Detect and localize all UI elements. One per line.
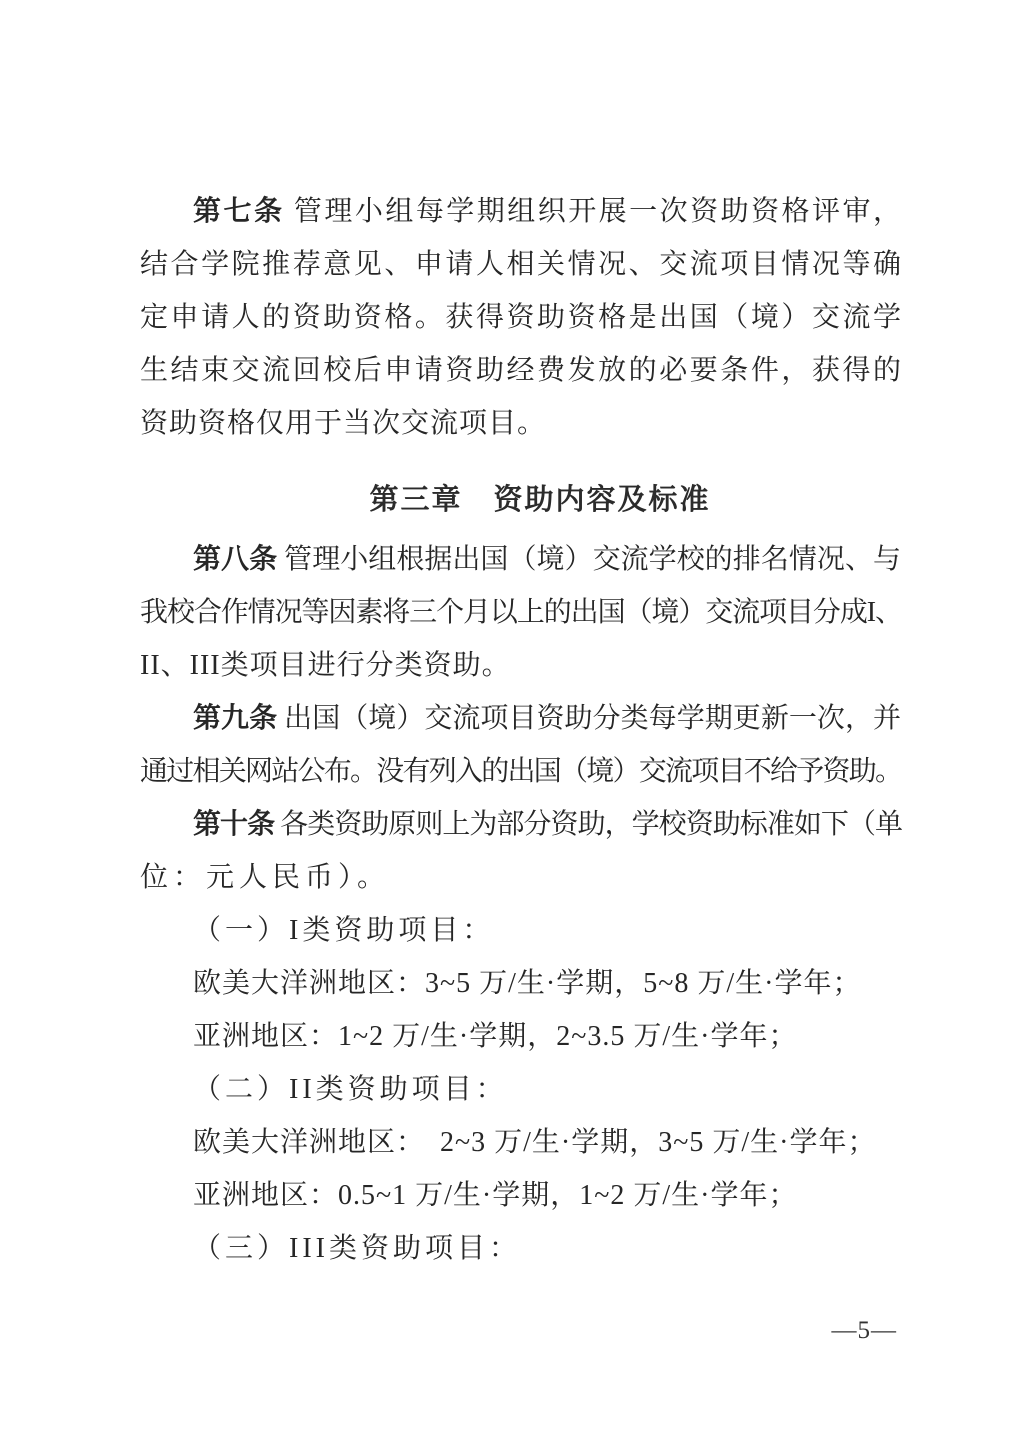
article-8-line-2: 我校合作情况等因素将三个月以上的出国（境）交流项目分成I、: [140, 586, 900, 639]
text-segment: 管理小组根据出国（境）交流学校的排名情况、与: [277, 544, 900, 575]
chapter-3-heading: 第三章 资助内容及标准: [140, 474, 900, 527]
page-number: —5—: [832, 1317, 898, 1345]
article-label: 第十条: [193, 809, 274, 840]
text-segment: 欧美大洋洲地区： 2~3 万/生·学期，3~5 万/生·学年；: [193, 1127, 877, 1158]
text-segment: 定申请人的资助资格。获得资助资格是出国（境）交流学: [140, 302, 900, 333]
article-7-line-1: 第七条 管理小组每学期组织开展一次资助资格评审，: [140, 185, 900, 238]
article-10-line-2: 位：元人民币）。: [140, 851, 900, 904]
category-3-heading: （三）III类资助项目：: [140, 1222, 900, 1275]
text-segment: 通过相关网站公布。没有列入的出国（境）交流项目不给予资助。: [140, 756, 900, 787]
text-segment: 管理小组每学期组织开展一次资助资格评审，: [284, 196, 900, 227]
text-segment: 资助资格仅用于当次交流项目。: [140, 408, 546, 439]
category-2-standard-asia: 亚洲地区：0.5~1 万/生·学期，1~2 万/生·学年；: [140, 1169, 900, 1222]
article-10-line-1: 第十条 各类资助原则上为部分资助，学校资助标准如下（单: [140, 798, 900, 851]
category-2-heading: （二）II类资助项目：: [140, 1063, 900, 1116]
text-segment: （三）III类资助项目：: [193, 1233, 521, 1264]
text-segment: 结合学院推荐意见、申请人相关情况、交流项目情况等确: [140, 249, 900, 280]
text-segment: 位：元人民币）。: [140, 862, 390, 893]
article-label: 第三章 资助内容及标准: [369, 484, 710, 516]
category-1-heading: （一）I类资助项目：: [140, 904, 900, 957]
article-label: 第七条: [193, 196, 284, 227]
text-segment: 各类资助原则上为部分资助，学校资助标准如下（单: [274, 809, 900, 840]
document-body: 第七条 管理小组每学期组织开展一次资助资格评审，结合学院推荐意见、申请人相关情况…: [140, 185, 900, 1275]
text-segment: （一）I类资助项目：: [193, 915, 494, 946]
category-1-standard-asia: 亚洲地区：1~2 万/生·学期，2~3.5 万/生·学年；: [140, 1010, 900, 1063]
text-segment: 亚洲地区：0.5~1 万/生·学期，1~2 万/生·学年；: [193, 1180, 798, 1211]
article-8-line-3: II、III类项目进行分类资助。: [140, 639, 900, 692]
article-7-line-3: 定申请人的资助资格。获得资助资格是出国（境）交流学: [140, 291, 900, 344]
article-9-line-2: 通过相关网站公布。没有列入的出国（境）交流项目不给予资助。: [140, 745, 900, 798]
article-label: 第九条: [193, 703, 277, 734]
article-7-line-5: 资助资格仅用于当次交流项目。: [140, 397, 900, 450]
article-9-line-1: 第九条 出国（境）交流项目资助分类每学期更新一次，并: [140, 692, 900, 745]
article-7-line-4: 生结束交流回校后申请资助经费发放的必要条件，获得的: [140, 344, 900, 397]
text-segment: 亚洲地区：1~2 万/生·学期，2~3.5 万/生·学年；: [193, 1021, 798, 1052]
article-7-line-2: 结合学院推荐意见、申请人相关情况、交流项目情况等确: [140, 238, 900, 291]
category-2-standard-west: 欧美大洋洲地区： 2~3 万/生·学期，3~5 万/生·学年；: [140, 1116, 900, 1169]
text-segment: 生结束交流回校后申请资助经费发放的必要条件，获得的: [140, 355, 900, 386]
text-segment: 出国（境）交流项目资助分类每学期更新一次，并: [277, 703, 900, 734]
text-segment: II、III类项目进行分类资助。: [140, 650, 511, 681]
article-label: 第八条: [193, 544, 277, 575]
text-segment: 欧美大洋洲地区：3~5 万/生·学期，5~8 万/生·学年；: [193, 968, 862, 999]
category-1-standard-west: 欧美大洋洲地区：3~5 万/生·学期，5~8 万/生·学年；: [140, 957, 900, 1010]
text-segment: （二）II类资助项目：: [193, 1074, 508, 1105]
text-segment: 我校合作情况等因素将三个月以上的出国（境）交流项目分成I、: [140, 597, 900, 628]
article-8-line-1: 第八条 管理小组根据出国（境）交流学校的排名情况、与: [140, 533, 900, 586]
